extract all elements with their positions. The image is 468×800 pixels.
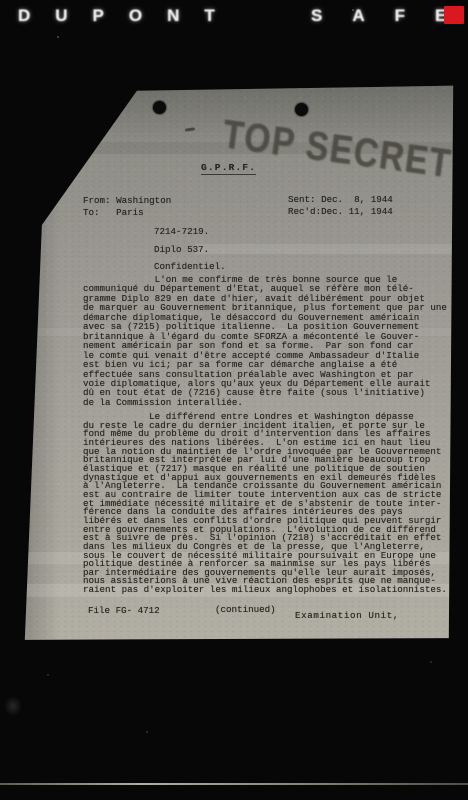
film-speck [57, 36, 59, 38]
sent-received-block: Sent: Dec. 8, 1944 Rec'd:Dec. 11, 1944 [288, 194, 393, 217]
film-frame-line [0, 783, 468, 785]
file-number: File FG- 4712 [88, 605, 160, 616]
red-tag-marker [444, 6, 464, 24]
examination-unit-label: Examination Unit, [295, 610, 399, 621]
telegram-number: 7214-7219. [154, 226, 209, 237]
punch-hole [295, 103, 308, 116]
film-smudge [4, 696, 22, 716]
film-speck [146, 731, 148, 733]
safe-stencil-word-dupont: DUPONT [18, 6, 240, 26]
film-speck [47, 674, 49, 676]
scanned-photo: { "safe_header": { "word1": "DUPONT", "w… [0, 0, 468, 800]
film-speck [430, 661, 432, 663]
classification-label: Confidentiel. [154, 261, 226, 272]
punch-hole [153, 101, 166, 114]
diplo-number: Diplo 537. [154, 244, 209, 255]
body-paragraph-1: L'on me confirme de très bonne source qu… [83, 275, 447, 407]
top-secret-stamp: TOP SECRET [220, 112, 454, 187]
from-to-block: From: Washington To: Paris [83, 195, 171, 218]
document-page: TOP SECRET G.P.R.F. From: Washington To:… [20, 84, 458, 646]
org-heading: G.P.R.F. [201, 162, 256, 175]
body-paragraph-2: Le différend entre Londres et Washington… [83, 413, 447, 595]
scan-streak [195, 244, 458, 254]
pen-mark [185, 127, 195, 131]
film-speck [352, 9, 354, 11]
continued-note: (continued) [215, 604, 276, 615]
